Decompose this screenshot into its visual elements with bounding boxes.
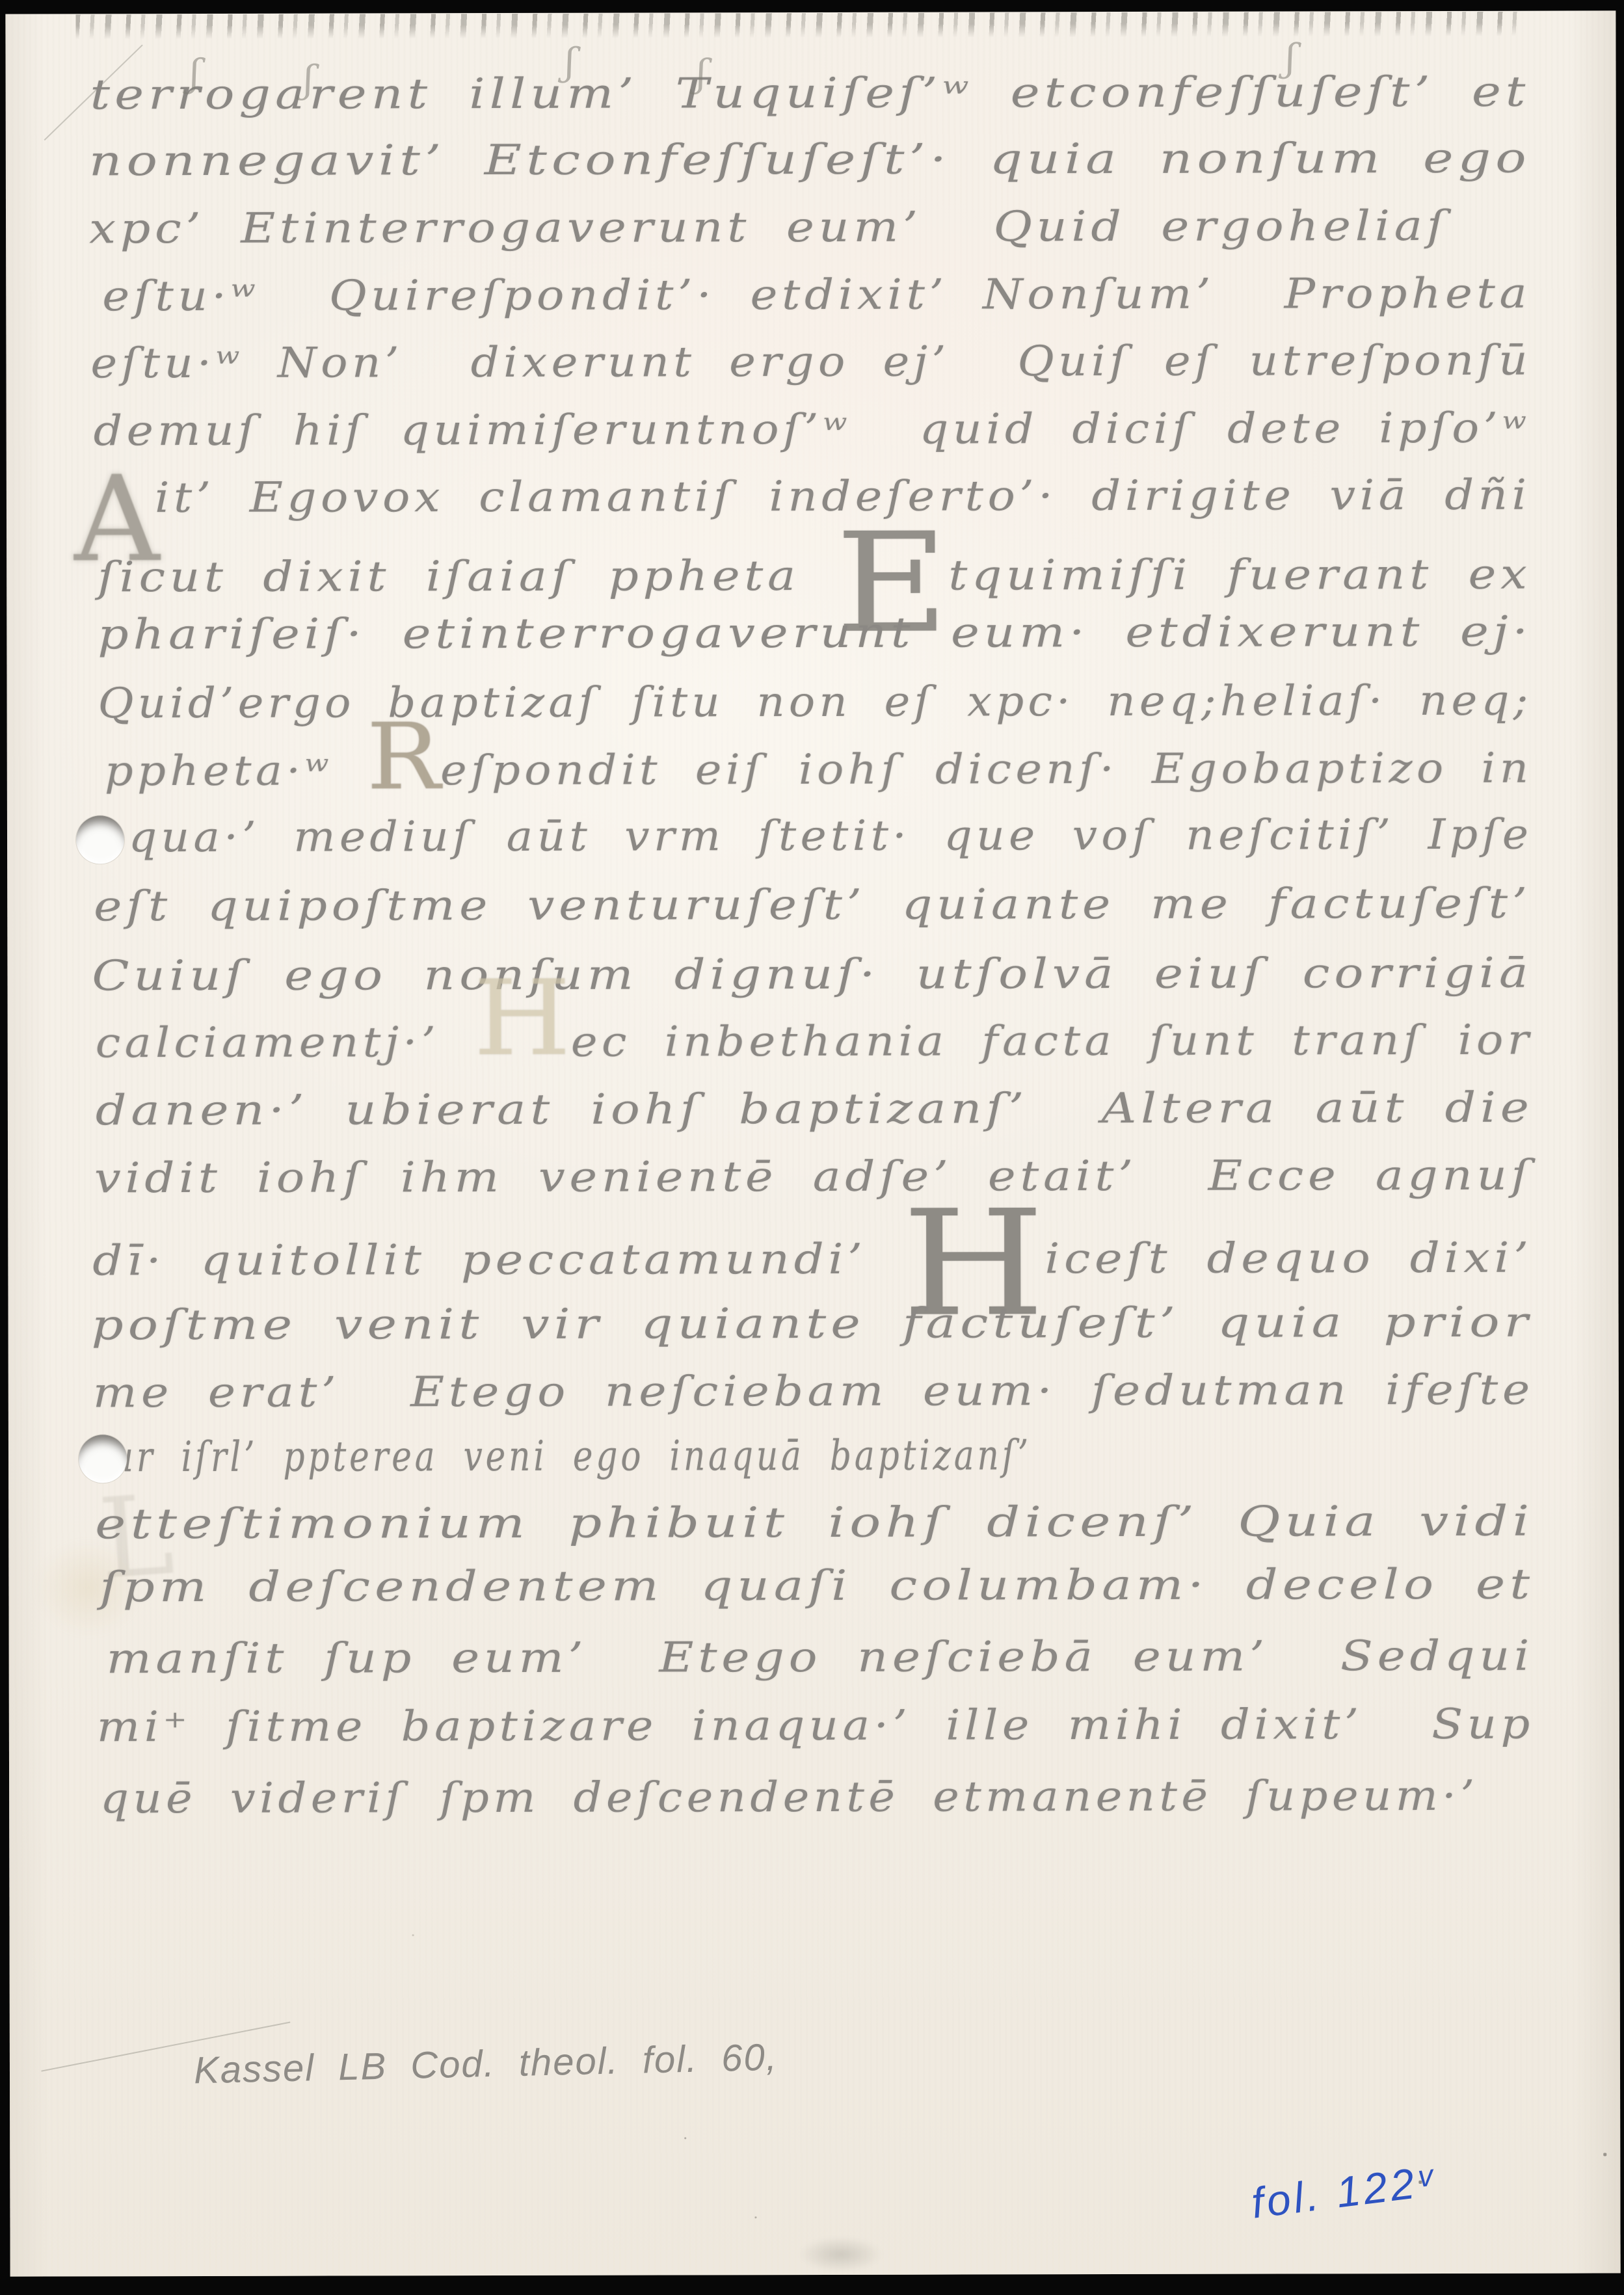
manuscript-text: eſpondit eiſ iohſ dicenſ· Egobaptizo in [440,745,1532,795]
paper-specks [5,14,6,15]
manuscript-line: Quid’ergo baptizaſ ſitu non eſ xpc· neq;… [98,678,1532,727]
pencil-smudge [799,2236,883,2272]
manuscript-text: nonnegavit’ Etconfeſſuſeſt’· quia nonſum… [89,135,1531,186]
manuscript-text: quē videriſ ſpm deſcendentē etmanentē ſu… [100,1772,1479,1823]
manuscript-text: eſt quipoſtme venturuſeſt’ quiante me fa… [94,880,1532,931]
manuscript-text: demuſ hiſ quimiſeruntnoſ’ʷ quid diciſ de… [94,405,1531,456]
manuscript-text: tquimiſſi fuerant ex [948,551,1531,600]
manuscript-line: vidit iohſ ihm venientē adſe’ etait’ Ecc… [94,1153,1533,1202]
manuscript-line: tur iſrl’ ppterea veni ego inaquā baptiz… [95,1433,1032,1480]
manuscript-page: Kassel LB Cod. theol. fol. 60, fol. 122ᵛ… [5,10,1620,2276]
manuscript-line: ppheta·ʷ Reſpondit eiſ iohſ dicenſ· Egob… [105,746,1533,795]
pencil-shelfmark-note: Kassel LB Cod. theol. fol. 60, [193,2037,778,2091]
ink-offset-ghost-letter: L [96,1479,177,1595]
manuscript-line: ſpm deſcendentem quaſi columbam· decelo … [100,1562,1534,1611]
manuscript-line: calciamentj·’ Hec inbethania facta ſunt … [96,1018,1534,1067]
cropped-descender-mark: ʃ [189,54,200,92]
cropped-descender-mark: ʃ [304,60,314,98]
manuscript-line: mi⁺ ſitme baptizare inaqua·’ ille mihi d… [97,1702,1534,1751]
manuscript-text: eſtu·ʷ Non’ dixerunt ergo ej’ Quiſ eſ ut… [90,337,1532,388]
illuminated-initial-A: A [74,460,160,578]
manuscript-line: dī· quitollit peccatamundi’ Hiceſt dequo… [92,1222,1533,1284]
cropped-descender-mark: ʃ [565,43,575,81]
manuscript-text: ec inbethania facta ſunt tranſ ior [571,1016,1533,1067]
manuscript-text: danen·’ ubierat iohſ baptizanſ’ Altera a… [96,1084,1534,1135]
manuscript-text: calciamentj·’ [96,1018,474,1067]
manuscript-line: Cuiuſ ego nonſum dignuſ· utſolvā eiuſ co… [92,951,1532,1000]
hole-punch [76,816,124,864]
manuscript-text: ſicut dixit iſaiaſ ppheta [98,552,835,602]
manuscript-line: me erat’ Etego neſciebam eum· ſedutman i… [93,1368,1534,1416]
manuscript-line: manſit ſup eum’ Etego neſciebā eum’ Sedq… [107,1634,1534,1682]
folio-number-note: fol. 122ᵛ [1249,2159,1438,2225]
cropped-text-fringe [75,12,1524,40]
manuscript-text: iceſt dequo dixi’ [1045,1234,1533,1284]
manuscript-text: Cuiuſ ego nonſum dignuſ· utſolvā eiuſ co… [92,949,1532,1001]
manuscript-line: etteſtimonium phibuit iohſ dicenſ’ Quia … [95,1499,1534,1548]
manuscript-line: quē videriſ ſpm deſcendentē etmanentē ſu… [100,1773,1479,1822]
manuscript-text: me erat’ Etego neſciebam eum· ſedutman i… [93,1366,1534,1418]
scanner-background: Kassel LB Cod. theol. fol. 60, fol. 122ᵛ… [0,0,1624,2295]
manuscript-text: dī· quitollit peccatamundi’ [92,1236,902,1286]
manuscript-line: eſtu·ʷ Non’ dixerunt ergo ej’ Quiſ eſ ut… [90,338,1532,387]
manuscript-line: poſtme venit vir quiante factuſeſt’ quia… [92,1300,1533,1349]
manuscript-line: aqua·’ mediuſ aūt vrm ſtetit· que voſ ne… [98,812,1532,861]
manuscript-text: etteſtimonium phibuit iohſ dicenſ’ Quia … [95,1498,1534,1549]
manuscript-text: eſtu·ʷ Quireſpondit’· etdixit’ Nonſum’ P… [102,270,1531,321]
manuscript-text: vidit iohſ ihm venientē adſe’ etait’ Ecc… [94,1152,1533,1203]
manuscript-text: manſit ſup eum’ Etego neſciebā eum’ Sedq… [107,1632,1534,1684]
manuscript-text: phariſeiſ· etinterrogaverunt eum· etdixe… [98,608,1532,659]
manuscript-line: danen·’ ubierat iohſ baptizanſ’ Altera a… [96,1085,1534,1134]
manuscript-text: xpc’ Etinterrogaverunt eum’ Quid ergohel… [89,202,1449,253]
manuscript-text: Quid’ergo baptizaſ ſitu non eſ xpc· neq;… [98,677,1532,728]
manuscript-line: demuſ hiſ quimiſeruntnoſ’ʷ quid diciſ de… [94,406,1531,455]
manuscript-line: xpc’ Etinterrogaverunt eum’ Quid ergohel… [89,204,1449,252]
manuscript-line: nonnegavit’ Etconfeſſuſeſt’· quia nonſum… [89,136,1531,185]
manuscript-text: ſpm deſcendentem quaſi columbam· decelo … [100,1561,1534,1612]
manuscript-text: poſtme venit vir quiante factuſeſt’ quia… [92,1299,1533,1350]
manuscript-line: phariſeiſ· etinterrogaverunt eum· etdixe… [98,609,1532,658]
cropped-descender-mark: ʃ [696,54,706,92]
manuscript-text: mi⁺ ſitme baptizare inaqua·’ ille mihi d… [97,1701,1534,1752]
manuscript-text: ppheta·ʷ [105,747,367,795]
manuscript-text: aqua·’ mediuſ aūt vrm ſtetit· que voſ ne… [98,811,1532,862]
manuscript-line: ſicut dixit iſaiaſ ppheta Etquimiſſi fue… [98,541,1532,601]
manuscript-line: eſt quipoſtme venturuſeſt’ quiante me fa… [94,881,1532,930]
manuscript-text: tur iſrl’ ppterea veni ego inaquā baptiz… [95,1431,1032,1481]
manuscript-line: eſtu·ʷ Quireſpondit’· etdixit’ Nonſum’ P… [102,271,1531,320]
cropped-descender-mark: ʃ [1285,38,1296,76]
